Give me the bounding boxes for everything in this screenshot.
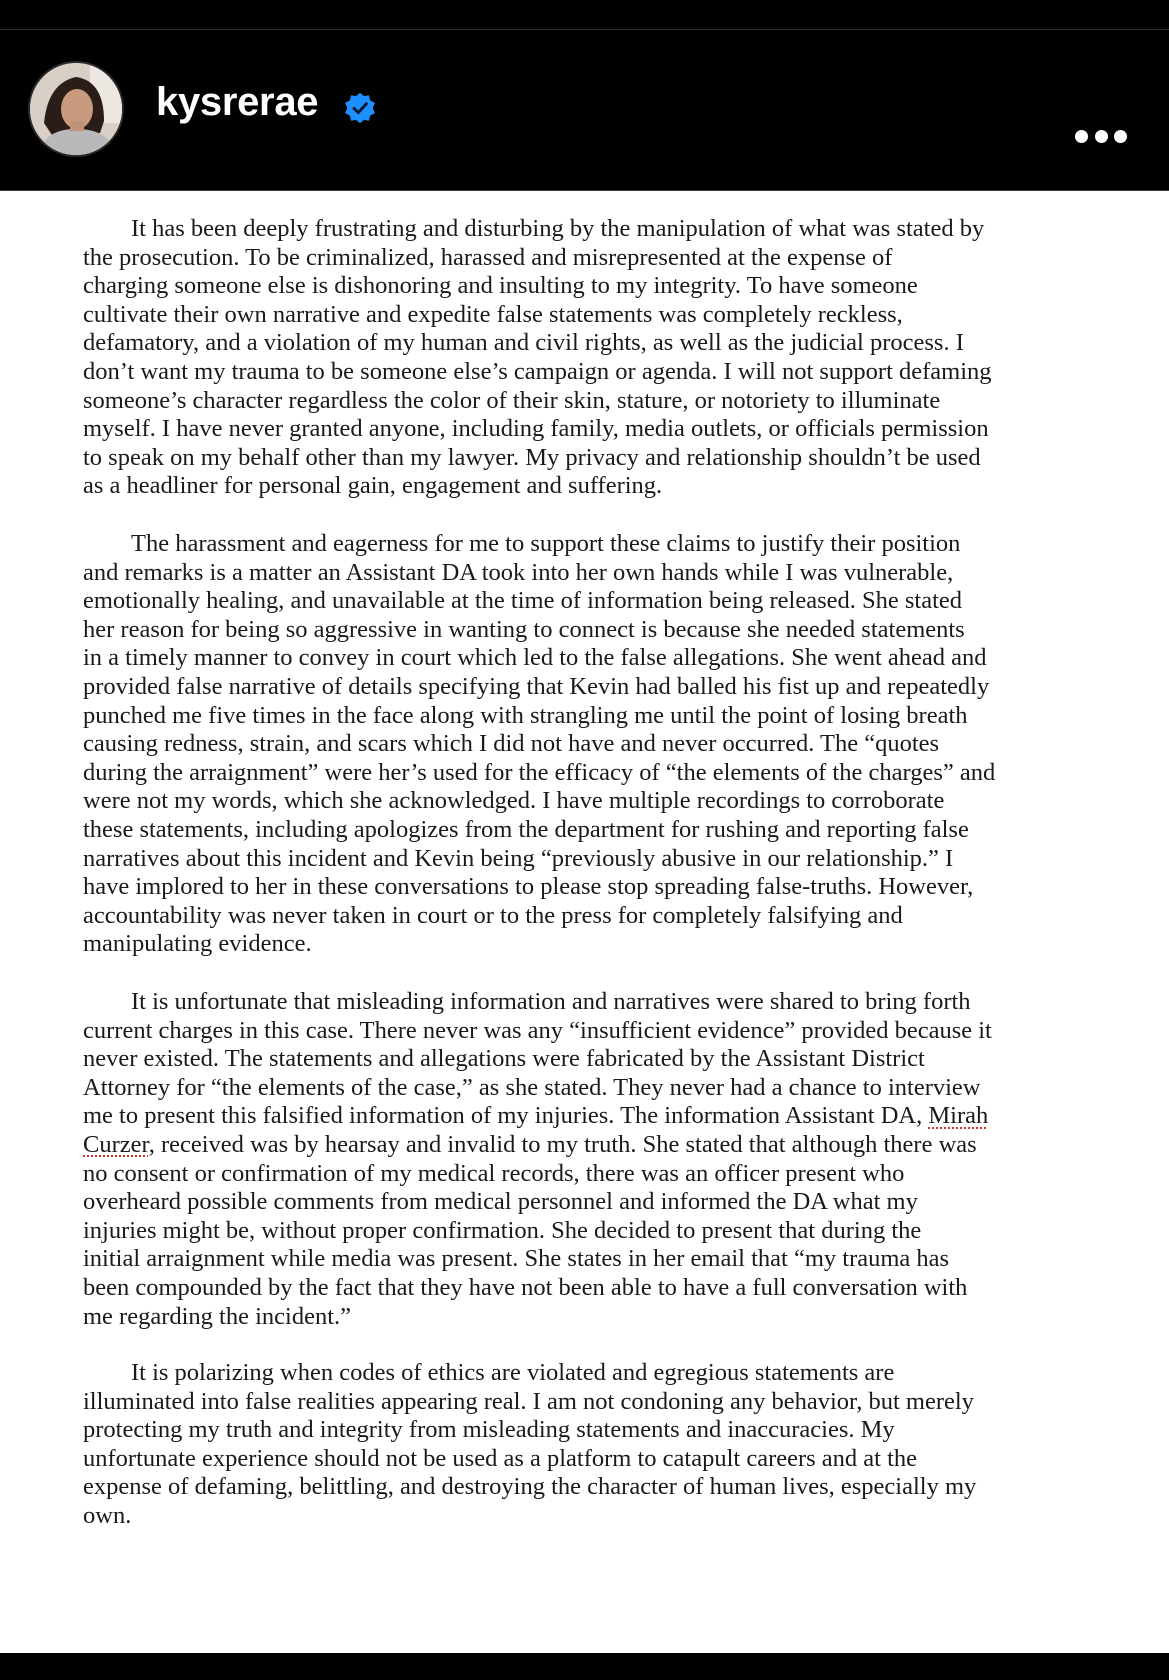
text-line: manipulating evidence. bbox=[83, 930, 1143, 959]
text-segment: me to present this falsified information… bbox=[83, 1102, 928, 1129]
text-line: charging someone else is dishonoring and… bbox=[83, 272, 1143, 301]
text-line: accountability was never taken in court … bbox=[83, 902, 1143, 931]
text-line: narratives about this incident and Kevin… bbox=[83, 845, 1143, 874]
text-line: me regarding the incident.” bbox=[83, 1303, 1143, 1332]
text-line: her reason for being so aggressive in wa… bbox=[83, 616, 1143, 645]
text-line: the prosecution. To be criminalized, har… bbox=[83, 244, 1143, 273]
text-line: were not my words, which she acknowledge… bbox=[83, 787, 1143, 816]
text-line: causing redness, strain, and scars which… bbox=[83, 730, 1143, 759]
paragraph-3: It is unfortunate that misleading inform… bbox=[83, 988, 1143, 1331]
text-line: during the arraignment” were her’s used … bbox=[83, 759, 1143, 788]
text-line: and remarks is a matter an Assistant DA … bbox=[83, 559, 1143, 588]
text-line: provided false narrative of details spec… bbox=[83, 673, 1143, 702]
text-line: expense of defaming, belittling, and des… bbox=[83, 1473, 1143, 1502]
status-bar-area bbox=[0, 0, 1169, 30]
more-options-button[interactable] bbox=[1075, 129, 1127, 143]
text-line: myself. I have never granted anyone, inc… bbox=[83, 415, 1143, 444]
spellcheck-flagged-word: Mirah bbox=[928, 1102, 988, 1129]
more-horizontal-icon bbox=[1095, 130, 1108, 143]
text-line: to speak on my behalf other than my lawy… bbox=[83, 444, 1143, 473]
text-line: initial arraignment while media was pres… bbox=[83, 1245, 1143, 1274]
text-line: someone’s character regardless the color… bbox=[83, 387, 1143, 416]
username[interactable]: kysrerae bbox=[156, 82, 318, 122]
spellcheck-flagged-word: Curzer bbox=[83, 1131, 149, 1158]
text-segment: , received was by hearsay and invalid to… bbox=[149, 1131, 977, 1158]
text-line: cultivate their own narrative and expedi… bbox=[83, 301, 1143, 330]
text-line: It is unfortunate that misleading inform… bbox=[83, 988, 1143, 1017]
text-line: injuries might be, without proper confir… bbox=[83, 1217, 1143, 1246]
text-line: It is polarizing when codes of ethics ar… bbox=[83, 1359, 1143, 1388]
text-line: me to present this falsified information… bbox=[83, 1102, 1143, 1131]
paragraph-2: The harassment and eagerness for me to s… bbox=[83, 530, 1143, 959]
text-line: The harassment and eagerness for me to s… bbox=[83, 530, 1143, 559]
text-line: overheard possible comments from medical… bbox=[83, 1188, 1143, 1217]
text-line: as a headliner for personal gain, engage… bbox=[83, 472, 1143, 501]
text-line: in a timely manner to convey in court wh… bbox=[83, 644, 1143, 673]
text-line: unfortunate experience should not be use… bbox=[83, 1445, 1143, 1474]
bottom-bar bbox=[0, 1653, 1169, 1680]
post-header: kysrerae bbox=[0, 30, 1169, 191]
text-line: It has been deeply frustrating and distu… bbox=[83, 215, 1143, 244]
text-line: never existed. The statements and allega… bbox=[83, 1045, 1143, 1074]
text-line: Curzer, received was by hearsay and inva… bbox=[83, 1131, 1143, 1160]
text-line: don’t want my trauma to be someone else’… bbox=[83, 358, 1143, 387]
text-line: no consent or confirmation of my medical… bbox=[83, 1160, 1143, 1189]
text-line: protecting my truth and integrity from m… bbox=[83, 1416, 1143, 1445]
text-line: been compounded by the fact that they ha… bbox=[83, 1274, 1143, 1303]
text-line: punched me five times in the face along … bbox=[83, 702, 1143, 731]
text-line: Attorney for “the elements of the case,”… bbox=[83, 1074, 1143, 1103]
more-horizontal-icon bbox=[1075, 130, 1088, 143]
text-line: current charges in this case. There neve… bbox=[83, 1017, 1143, 1046]
text-line: have implored to her in these conversati… bbox=[83, 873, 1143, 902]
verified-badge-icon bbox=[343, 91, 377, 125]
profile-photo-icon bbox=[30, 63, 122, 155]
text-line: these statements, including apologizes f… bbox=[83, 816, 1143, 845]
text-line: defamatory, and a violation of my human … bbox=[83, 329, 1143, 358]
more-horizontal-icon bbox=[1114, 130, 1127, 143]
avatar[interactable] bbox=[30, 63, 122, 155]
text-line: own. bbox=[83, 1502, 1143, 1531]
text-line: illuminated into false realities appeari… bbox=[83, 1388, 1143, 1417]
paragraph-1: It has been deeply frustrating and distu… bbox=[83, 215, 1143, 501]
post-image-document: It has been deeply frustrating and distu… bbox=[0, 191, 1169, 1653]
text-line: emotionally healing, and unavailable at … bbox=[83, 587, 1143, 616]
paragraph-4: It is polarizing when codes of ethics ar… bbox=[83, 1359, 1143, 1531]
